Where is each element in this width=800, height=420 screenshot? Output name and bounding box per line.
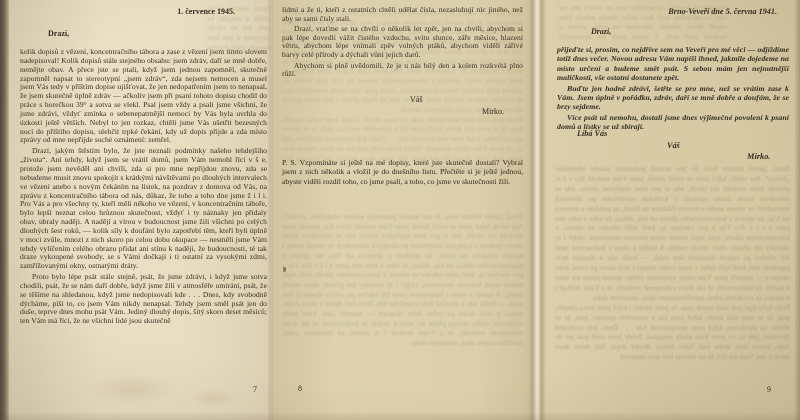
date-line: Brno-Veveří dne 5. června 1941. — [668, 7, 777, 16]
paragraph: Drazí, vraťme se na chvíli o několik let… — [282, 25, 523, 59]
closing-liba-vas: Líbá Vás — [577, 129, 607, 138]
signature: Mirko. — [482, 107, 504, 116]
letter-body: přijeďte si, prosím, co nejdříve sem na … — [557, 45, 789, 132]
page-8: kolik dopisů z vězení, koncentračního tá… — [272, 0, 528, 420]
paragraph: Drazí, jakým štěstím bylo, že jste nezna… — [20, 147, 267, 271]
postscript: P. S. Vzpomínáte si ještě na mé dopisy, … — [282, 158, 523, 186]
page-9: přijeďte si, prosím, co nejdříve sem na … — [545, 0, 797, 420]
signature: Mirko. — [747, 152, 771, 161]
page-gutter-fold — [527, 0, 546, 420]
paragraph: kolik dopisů z vězení, koncentračního tá… — [20, 48, 267, 145]
closing-vas: Váš — [667, 141, 680, 150]
paragraph: Proto bylo lépe psát stále stejně, psát,… — [20, 273, 267, 326]
page-number: 7 — [253, 385, 257, 394]
letter-body: kolik dopisů z vězení, koncentračního tá… — [20, 48, 267, 326]
letter-body: lidmi a že ti, kteří z ostatních chtěli … — [282, 6, 523, 79]
closing-vas: Váš — [410, 95, 422, 104]
bleed-through-paragraph: Proto bylo lépe psát stále stejně, psát,… — [555, 303, 790, 362]
date-line: 1. července 1945. — [177, 7, 235, 16]
salutation: Drazí, — [48, 29, 69, 38]
page-number: 9 — [767, 385, 771, 394]
paragraph: lidmi a že ti, kteří z ostatních chtěli … — [282, 6, 523, 23]
paragraph: Buďte jen hodně zdrávi, šetřte se pro mn… — [557, 84, 789, 112]
bleed-through-text: Drazí, jakým štěstím bylo, že jste nezna… — [555, 164, 790, 362]
bleed-through-paragraph: Drazí, jakým štěstím bylo, že jste nezna… — [555, 164, 790, 303]
page-7: Drazí, vraťme se na chvíli o několik let… — [8, 0, 272, 420]
page-number: 8 — [298, 384, 302, 393]
paragraph: Abychom si plně uvědomili, že je u nás b… — [282, 62, 523, 79]
scanned-book-spread: Drazí, vraťme se na chvíli o několik let… — [0, 0, 800, 420]
salutation: Drazí, — [591, 27, 611, 36]
bleed-through-text: Drazí, jakým štěstím bylo, že jste nezna… — [282, 212, 523, 372]
paragraph: přijeďte si, prosím, co nejdříve sem na … — [557, 45, 789, 83]
